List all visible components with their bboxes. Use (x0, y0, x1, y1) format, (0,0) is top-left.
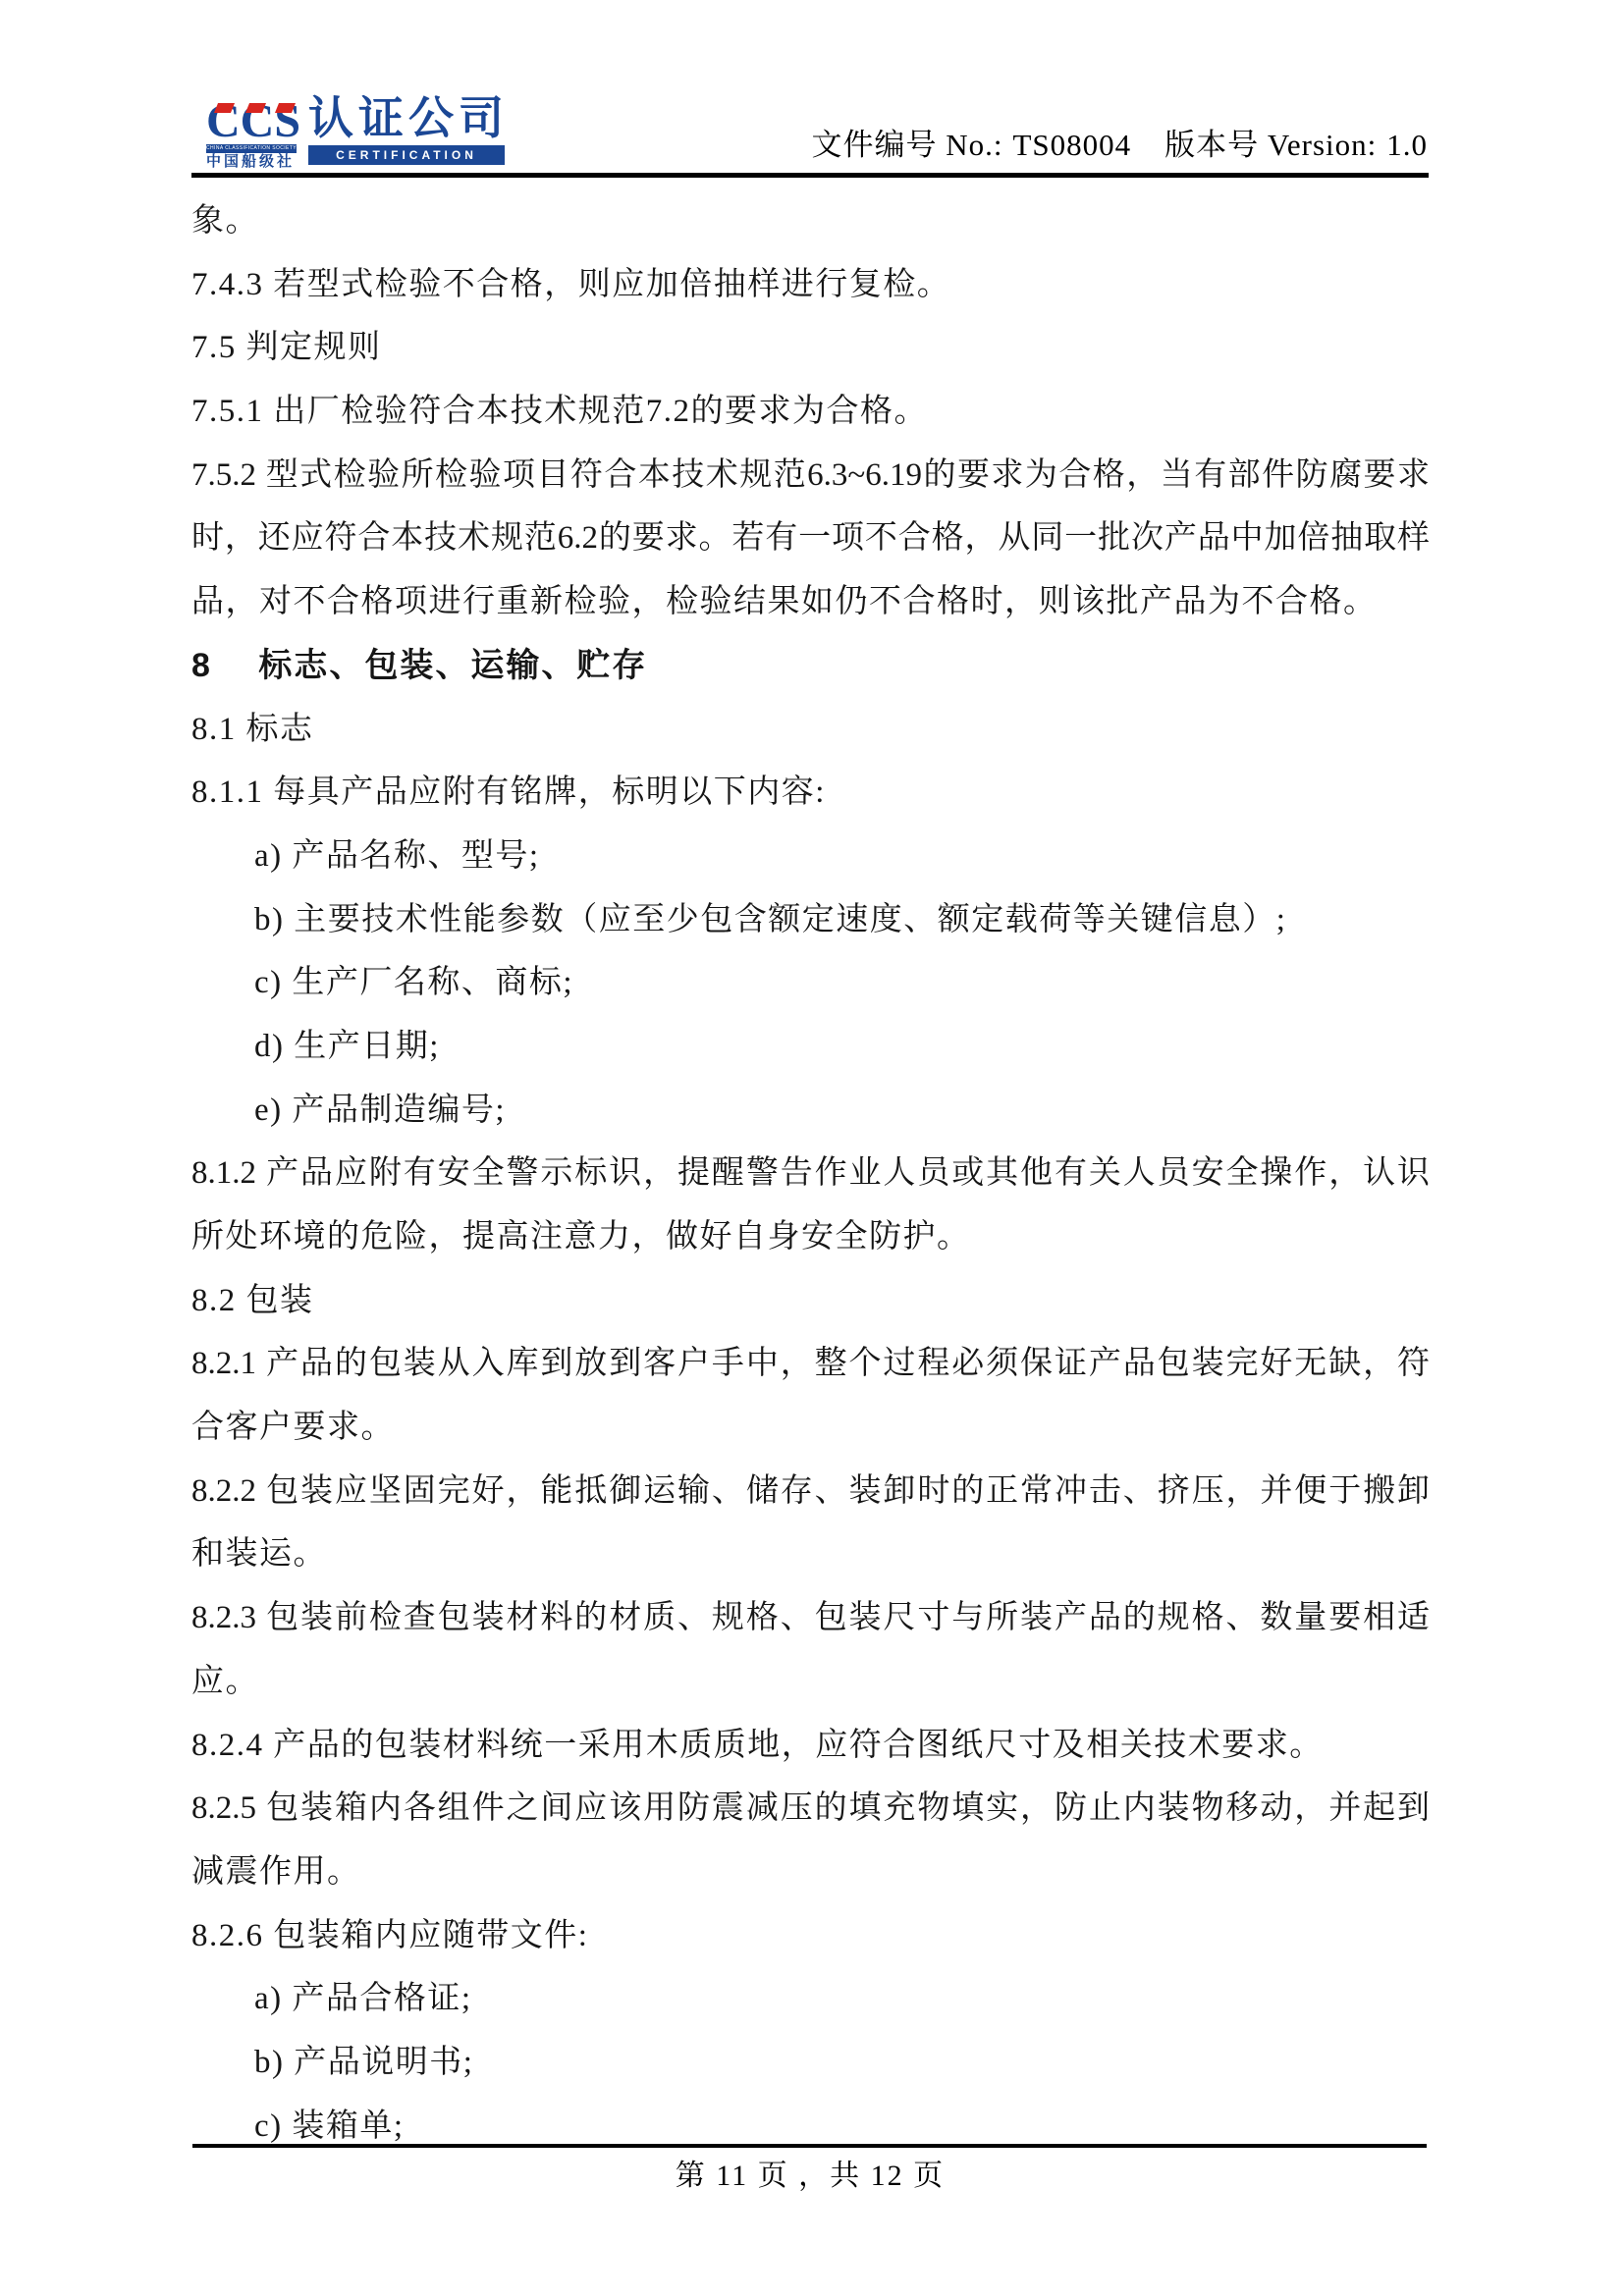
text-line: 8.2.1 产品的包装从入库到放到客户手中，整个过程必须保证产品包装完好无缺，符 (191, 1332, 1430, 1396)
version-label: 版本号 Version: (1164, 128, 1377, 162)
text-line: 时，还应符合本技术规范6.2的要求。若有一项不合格，从同一批次产品中加倍抽取样 (191, 507, 1430, 570)
body-lines: 象。7.4.3 若型式检验不合格，则应加倍抽样进行复检。7.5 判定规则7.5.… (191, 189, 1430, 2158)
text-line: 所处环境的危险，提高注意力，做好自身安全防护。 (191, 1205, 1430, 1269)
text-line: 8.1 标志 (191, 698, 1430, 762)
society-banner: CHINA CLASSIFICATION SOCIETY (206, 144, 297, 153)
header-meta: 文件编号 No.:TS08004版本号 Version:1.0 (811, 126, 1428, 165)
company-name-cn: 认证公司 (308, 94, 509, 143)
text-line: 8.2.3 包装前检查包装材料的材质、规格、包装尺寸与所装产品的规格、数量要相适 (191, 1586, 1430, 1650)
certification-banner: CERTIFICATION (308, 145, 505, 165)
text-line: 8.1.1 每具产品应附有铭牌，标明以下内容: (191, 761, 1430, 825)
text-line: 8.2 包装 (191, 1269, 1430, 1333)
text-line: 和装运。 (191, 1522, 1430, 1586)
text-line: 7.5 判定规则 (191, 316, 1430, 380)
document-page: CCS CHINA CLASSIFICATION SOCIETY 中国船级社 认… (0, 0, 1624, 2296)
doc-no-label: 文件编号 No.: (811, 128, 1002, 162)
ccs-logo: CCS CHINA CLASSIFICATION SOCIETY 中国船级社 认… (206, 102, 511, 171)
text-line: 8 标志、包装、运输、贮存 (191, 634, 1430, 698)
text-line: 8.2.6 包装箱内应随带文件: (191, 1904, 1430, 1968)
page-number: 第 11 页 ，共 12 页 (191, 2156, 1429, 2197)
text-line: b) 产品说明书; (191, 2031, 1430, 2095)
header-rule (191, 173, 1429, 178)
text-line: 品，对不合格项进行重新检验，检验结果如仍不合格时，则该批产品为不合格。 (191, 570, 1430, 634)
text-line: 7.5.1 出厂检验符合本技术规范7.2的要求为合格。 (191, 380, 1430, 444)
text-line: 8.2.5 包装箱内各组件之间应该用防震减压的填充物填实，防止内装物移动，并起到 (191, 1777, 1430, 1841)
footer-rule (192, 2144, 1427, 2148)
text-line: d) 生产日期; (191, 1015, 1430, 1079)
text-line: 合客户要求。 (191, 1396, 1430, 1460)
text-line: c) 生产厂名称、商标; (191, 951, 1430, 1015)
text-line: b) 主要技术性能参数（应至少包含额定速度、额定载荷等关键信息）; (191, 888, 1430, 952)
text-line: 减震作用。 (191, 1841, 1430, 1904)
text-line: c) 装箱单; (191, 2095, 1430, 2159)
text-line: 7.4.3 若型式检验不合格，则应加倍抽样进行复检。 (191, 253, 1430, 317)
text-line: 应。 (191, 1650, 1430, 1714)
doc-no-value: TS08004 (1012, 128, 1131, 162)
text-line: 8.2.2 包装应坚固完好，能抵御运输、储存、装卸时的正常冲击、挤压，并便于搬卸 (191, 1460, 1430, 1523)
text-line: 8.1.2 产品应附有安全警示标识，提醒警告作业人员或其他有关人员安全操作，认识 (191, 1142, 1430, 1205)
text-line: 8.2.4 产品的包装材料统一采用木质质地，应符合图纸尺寸及相关技术要求。 (191, 1714, 1430, 1778)
text-line: e) 产品制造编号; (191, 1079, 1430, 1143)
text-line: a) 产品合格证; (191, 1967, 1430, 2031)
text-line: 7.5.2 型式检验所检验项目符合本技术规范6.3~6.19的要求为合格，当有部… (191, 444, 1430, 507)
text-line: a) 产品名称、型号; (191, 825, 1430, 888)
society-name-cn: 中国船级社 (206, 154, 304, 170)
version-value: 1.0 (1386, 128, 1428, 162)
ccs-lettermark: CCS (206, 102, 297, 141)
text-line: 象。 (191, 189, 1430, 253)
